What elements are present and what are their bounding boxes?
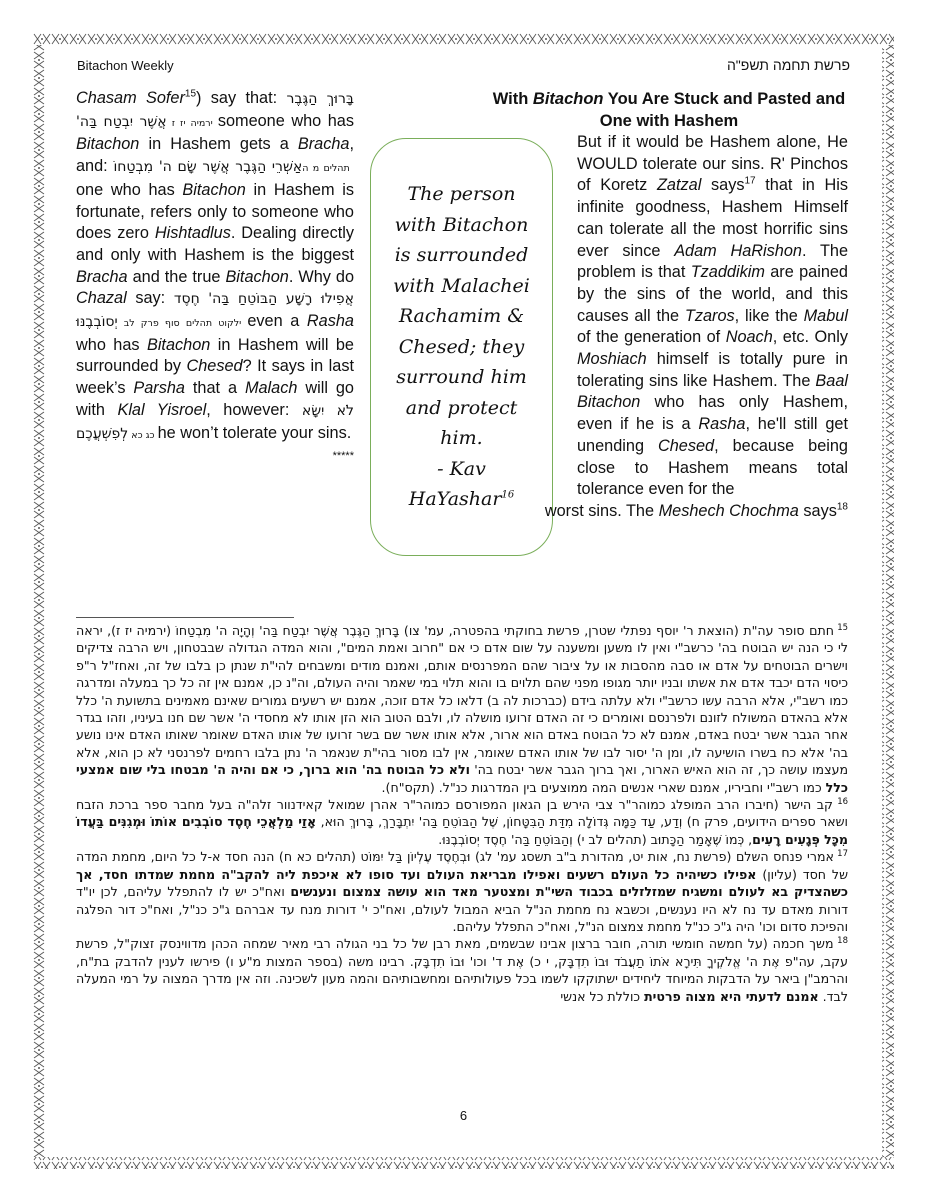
text-run: , however: <box>206 401 302 419</box>
italic-term: Hishtadlus <box>155 224 231 242</box>
newsletter-title: Bitachon Weekly <box>77 58 174 73</box>
text-run: You Are Stuck and Pasted and One with Ha… <box>600 90 846 130</box>
parsha-title: פרשת תחמה תשפ"ה <box>727 57 850 73</box>
italic-term: Rasha <box>307 312 354 330</box>
hebrew-quote: אַשְׁרֵי הַגֶּבֶר אֲשֶׁר שָׂם ה' מִבְטַח… <box>113 159 302 175</box>
text-run: even a <box>247 312 307 330</box>
italic-term: Chazal <box>76 289 127 307</box>
footnote-ref[interactable]: 15 <box>185 89 196 100</box>
hebrew-source-citation: תהלים מ ה <box>302 163 354 174</box>
footnote-number: 17 <box>834 849 848 859</box>
left-column-text: Chasam Sofer15) say that: בָּרוּךְ הַגֶּ… <box>76 88 354 468</box>
text-run: say: <box>127 289 174 307</box>
text-run: , like the <box>735 307 804 325</box>
footnote-number: 16 <box>833 797 848 807</box>
italic-term: Malach <box>245 379 298 397</box>
right-column-last-line: worst sins. The Meshech Chochma says18 <box>490 501 848 523</box>
italic-term: Bracha <box>298 135 350 153</box>
footnote-15: 15 חתם סופר עה"ת (הוצאת ר' יוסף נפתלי שט… <box>76 622 848 796</box>
article-heading: With Bitachon You Are Stuck and Pasted a… <box>490 88 848 132</box>
text-run: says <box>799 502 837 520</box>
text-run: worst sins. The <box>545 502 659 520</box>
text-run: ) say that: <box>196 89 286 107</box>
footnote-ref[interactable]: 17 <box>744 176 755 187</box>
italic-term: Meshech Chochma <box>659 502 799 520</box>
italic-term: Moshiach <box>577 350 647 368</box>
text-run: of the generation of <box>577 328 726 346</box>
footnote-separator <box>76 617 294 618</box>
footnotes-section: 15 חתם סופר עה"ת (הוצאת ר' יוסף נפתלי שט… <box>76 622 848 1005</box>
page-number: 6 <box>0 1108 927 1123</box>
bold-text: אמנם לדעתי היא מצוה פרטית <box>644 989 819 1004</box>
italic-term: Bitachon <box>147 336 210 354</box>
section-end-mark: ***** <box>333 446 354 468</box>
text-run: he won’t tolerate your sins. <box>158 424 352 442</box>
text-run: one who has <box>76 181 182 199</box>
text-run: , etc. Only <box>773 328 848 346</box>
text-run: someone who has <box>218 112 354 130</box>
right-column-body: But if it would be Hashem alone, He WOUL… <box>577 132 848 501</box>
hebrew-source-citation: כג כא <box>128 430 157 441</box>
text-run: says <box>701 176 744 194</box>
italic-term: Mabul <box>804 307 848 325</box>
italic-term: Chesed <box>186 357 242 375</box>
italic-term: Chesed <box>658 437 714 455</box>
text-run: . Why do <box>289 268 354 286</box>
text-run: in Hashem gets a <box>139 135 298 153</box>
hebrew-source-citation: ירמיה יז ז <box>167 118 218 129</box>
italic-term: Chasam Sofer <box>76 89 185 107</box>
italic-term: Parsha <box>133 379 185 397</box>
italic-term: Bitachon <box>76 135 139 153</box>
text-run: חתם סופר עה"ת (הוצאת ר' יוסף נפתלי שטרן,… <box>76 623 848 777</box>
italic-term: Bitachon <box>182 181 245 199</box>
hebrew-source-citation: ילקוט תהלים סוף פרק לב <box>118 318 248 329</box>
italic-term: Noach <box>726 328 773 346</box>
text-run: With <box>493 90 533 108</box>
right-column-text: With Bitachon You Are Stuck and Pasted a… <box>490 88 848 523</box>
italic-term: Tzaddikim <box>691 263 765 281</box>
text-run: and the true <box>128 268 226 286</box>
italic-term: Bitachon <box>533 90 604 108</box>
italic-term: Klal Yisroel <box>117 401 206 419</box>
footnote-17: 17 אמרי פנחס השלם (פרשת נח, אות יט, מהדו… <box>76 848 848 935</box>
text-run: כמו רשב"י וחביריו, אמנם שארי אנשים המה מ… <box>382 780 826 795</box>
text-run: כוללת כל אנשי <box>560 989 644 1004</box>
text-run: who has <box>76 336 147 354</box>
italic-term: Tzaros <box>685 307 735 325</box>
text-run: , כְּמוֹ שֶׁאָמַר הַכָּתוּב (תהלים לב י)… <box>438 832 752 847</box>
italic-term: Adam HaRishon <box>674 242 802 260</box>
italic-term: Bitachon <box>225 268 288 286</box>
footnote-number: 18 <box>834 936 848 946</box>
footnote-16: 16 קב הישר (חיברו הרב המופלג כמוהר"ר צבי… <box>76 796 848 848</box>
left-column-body: Chasam Sofer15) say that: בָּרוּךְ הַגֶּ… <box>76 89 354 442</box>
text-run: that a <box>185 379 245 397</box>
italic-term: Zatzal <box>657 176 701 194</box>
italic-term: Rasha <box>698 415 745 433</box>
footnote-18: 18 משך חכמה (על חמשה חומשי תורה, חובר בר… <box>76 935 848 1005</box>
italic-term: Bracha <box>76 268 128 286</box>
footnote-number: 15 <box>834 623 848 633</box>
footnote-ref[interactable]: 18 <box>837 502 848 513</box>
